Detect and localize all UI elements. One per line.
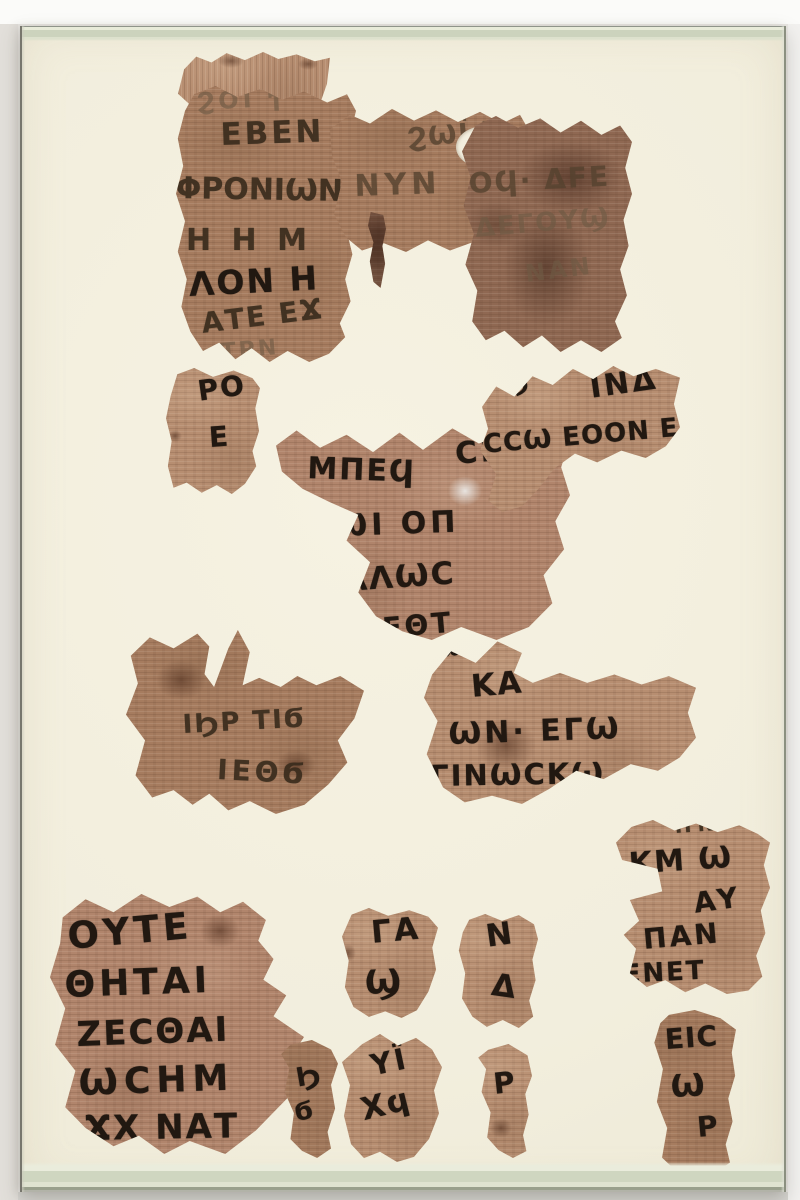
- script-line: ϪΧ ΝΑΤ: [84, 1109, 239, 1146]
- photo-stage: ϨΟΙ ϮΕΒΕΝΦΡΟΝΙѠΝΗ Η ΜΛΟΝ ΗΑΤΕ ΕϪΤΡΝϨѠΪ Ν…: [0, 0, 800, 1200]
- script-line: ΤΡΝ: [220, 337, 280, 364]
- script-line: Ρ: [492, 1068, 516, 1099]
- papyrus-fragment-bottom-small-a: ϦϬ: [280, 1040, 338, 1158]
- script-line: Ν: [484, 918, 514, 952]
- stain-mark: [298, 58, 318, 70]
- papyrus-fragment-bottom-mid-a: ΓΑϢ: [342, 908, 438, 1018]
- script-line: ΝΑΝ: [524, 254, 594, 286]
- papyrus-fragment-bottom-small-c: Ρ: [476, 1044, 532, 1158]
- script-line: ѠϹΗΜ: [78, 1061, 235, 1102]
- stain-mark: [218, 54, 244, 68]
- script-line: Ϣ: [364, 964, 402, 999]
- script-line: ΜΠΕϤ: [307, 454, 416, 488]
- script-line: ΠΝ: [674, 813, 721, 836]
- script-line: ΘΗΤΑΙ: [64, 963, 212, 1004]
- script-line: ΚΜ Ѡ: [628, 843, 734, 880]
- mount-area: ϨΟΙ ϮΕΒΕΝΦΡΟΝΙѠΝΗ Η ΜΛΟΝ ΗΑΤΕ ΕϪΤΡΝϨѠΪ Ν…: [20, 26, 786, 1192]
- papyrus-fragment-bottom-right: ΕΙϹѠΡ: [650, 1010, 736, 1174]
- script-line: ΙϦΡ ΤΙϬ: [182, 706, 306, 738]
- script-line: ΚΑΛѠϹ: [316, 558, 456, 599]
- papyrus-fragment-row3-left: ΙϦΡ ΤΙϬΙΕΘϬ: [126, 630, 364, 814]
- script-line: Ϭ: [292, 1098, 315, 1126]
- stain-mark: [156, 660, 206, 700]
- script-line: ΖΕϹΘΑΙ: [76, 1013, 230, 1052]
- script-line: ѠΙ ΟΠ: [334, 508, 460, 542]
- stain-mark: [168, 430, 182, 442]
- script-line: ΟϤ· ΔϜΕ: [468, 163, 611, 198]
- script-line: ΓΑ: [370, 914, 422, 949]
- papyrus-fragment-bottom-left: ΟΥΤΕΘΗΤΑΙΖΕϹΘΑΙѠϹΗΜϪΧ ΝΑΤ: [50, 894, 304, 1154]
- papyrus-fragment-row2-right: ϦΪΝΔϹϹѠ ΕΟΟΝ Ε: [478, 366, 680, 512]
- script-line: ΓΙΝѠϹΚѠ: [430, 759, 605, 791]
- papyrus-fragment-top-left-main: ϨΟΙ ϮΕΒΕΝΦΡΟΝΙѠΝΗ Η ΜΛΟΝ ΗΑΤΕ ΕϪΤΡΝ: [176, 86, 356, 362]
- script-line: Η Η Μ: [186, 226, 312, 256]
- script-line: Ѡ: [670, 1070, 705, 1103]
- script-line: ΕΒΕΝ: [220, 116, 325, 151]
- glass-mount: ϨΟΙ ϮΕΒΕΝΦΡΟΝΙѠΝΗ Η ΜΛΟΝ ΗΑΤΕ ΕϪΤΡΝϨѠΪ Ν…: [20, 26, 786, 1192]
- papyrus-fragment-bottom-small-b: ΥΪΧϥ: [342, 1034, 442, 1162]
- stain-mark: [200, 914, 240, 948]
- script-line: ΕΝΕΤ: [622, 958, 706, 988]
- script-line: Δ: [490, 970, 518, 1004]
- script-line: ΕΙϹ: [664, 1022, 719, 1054]
- papyrus-fragment-row2-left: ΡΟΕ: [166, 368, 260, 494]
- glint-mark: [448, 476, 482, 506]
- script-line: ΙΕΘϬ: [217, 756, 309, 789]
- script-line: ΥΪ: [368, 1044, 411, 1080]
- papyrus-fragment-row4-right: ΠΝΚΜ ѠΑΥΠΑΝΕΝΕΤ: [616, 820, 770, 994]
- script-line: ΠΑΝ: [642, 919, 722, 954]
- script-line: ΑΥ: [692, 884, 741, 918]
- script-line: ΪΝΔ: [588, 364, 660, 403]
- script-line: Ϧ: [506, 372, 530, 397]
- papyrus-fragment-strip-descender: [368, 212, 386, 288]
- stain-mark: [490, 1118, 512, 1138]
- script-line: ΦΡΟΝΙѠΝ: [175, 174, 343, 207]
- script-line: ΚΑ: [470, 667, 525, 702]
- stain-mark: [340, 944, 356, 962]
- script-line: ΔΕΓΟΥϢ: [474, 204, 612, 242]
- script-line: ΝΥΝ: [354, 169, 442, 202]
- papyrus-fragment-row3-right: ѠΚΑѠΝ· ΕΓѠΓΙΝѠϹΚѠ: [424, 638, 696, 804]
- papyrus-fragment-bottom-mid-b: ΝΔ: [458, 914, 538, 1028]
- script-line: Ρ: [696, 1112, 719, 1142]
- script-line: ΡΟ: [196, 371, 248, 405]
- script-line: Ϧ: [294, 1062, 322, 1092]
- papyrus-fragment-top-right: ΟϤ· ΔϜΕΔΕΓΟΥϢΝΑΝ: [462, 116, 632, 352]
- script-line: Χϥ: [358, 1084, 414, 1126]
- script-line: ΟΥΤΕ: [66, 907, 194, 955]
- script-line: ϹϹѠ ΕΟΟΝ Ε: [482, 415, 680, 458]
- script-line: Ε: [208, 423, 229, 452]
- script-line: ѠΝ· ΕΓѠ: [448, 714, 622, 750]
- script-line: ΙΕΘΤ: [368, 609, 455, 644]
- script-line: Ѡ: [438, 638, 462, 660]
